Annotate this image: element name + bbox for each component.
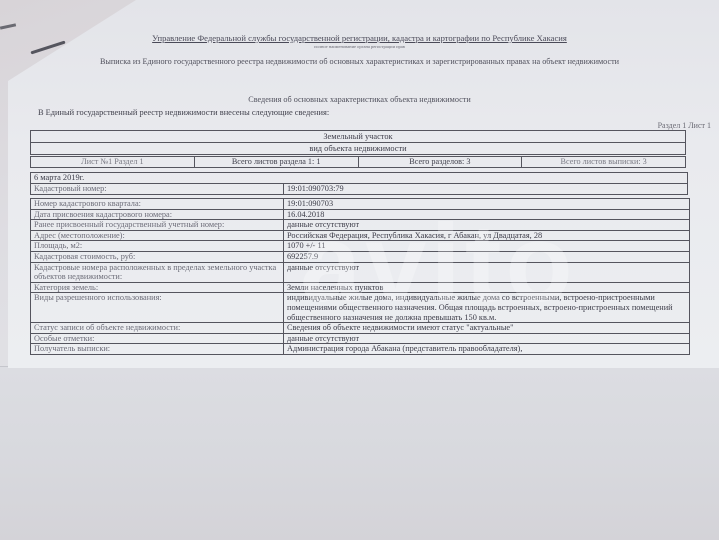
table-row: Виды разрешенного использования:индивиду… bbox=[31, 293, 690, 323]
section-reference: Раздел 1 Лист 1 bbox=[658, 121, 711, 130]
table-row: Дата присвоения кадастрового номера:16.0… bbox=[31, 209, 690, 220]
row-label: Дата присвоения кадастрового номера: bbox=[31, 209, 284, 220]
row-value: Администрация города Абакана (представит… bbox=[284, 344, 690, 355]
table-row: Ранее присвоенный государственный учетны… bbox=[31, 220, 690, 231]
row-value: 16.04.2018 bbox=[284, 209, 690, 220]
object-type-box: Земельный участок вид объекта недвижимос… bbox=[30, 130, 686, 155]
total-sheets-count: Всего листов выписки: 3 bbox=[521, 157, 685, 167]
table-row: Номер кадастрового квартала:19:01:090703 bbox=[31, 199, 690, 210]
row-label: Категория земель: bbox=[31, 282, 284, 293]
sheet-info-row: Лист №1 Раздел 1 Всего листов раздела 1:… bbox=[30, 156, 686, 168]
row-label: Получатель выписки: bbox=[31, 344, 284, 355]
sheet-number: Лист №1 Раздел 1 bbox=[31, 157, 194, 167]
table-row: Площадь, м2:1070 +/- 11 bbox=[31, 241, 690, 252]
table-row: Статус записи об объекте недвижимости:Св… bbox=[31, 323, 690, 334]
table-row: Получатель выписки:Администрация города … bbox=[31, 344, 690, 355]
table-row: Кадастровые номера расположенных в преде… bbox=[31, 262, 690, 282]
row-value: данные отсутствуют bbox=[284, 333, 690, 344]
row-label: Ранее присвоенный государственный учетны… bbox=[31, 220, 284, 231]
table-row: Кадастровый номер: 19:01:090703:79 bbox=[31, 184, 688, 195]
cadastral-number-label: Кадастровый номер: bbox=[31, 184, 284, 195]
row-value: индивидуальные жилые дома, индивидуальны… bbox=[284, 293, 690, 323]
sections-count: Всего разделов: 3 bbox=[358, 157, 522, 167]
characteristics-table: Номер кадастрового квартала:19:01:090703… bbox=[30, 198, 690, 355]
section-title: Сведения об основных характеристиках объ… bbox=[0, 95, 719, 104]
row-value: 19:01:090703 bbox=[284, 199, 690, 210]
row-label: Кадастровые номера расположенных в преде… bbox=[31, 262, 284, 282]
cadastral-number-table: Кадастровый номер: 19:01:090703:79 bbox=[30, 183, 688, 195]
row-label: Виды разрешенного использования: bbox=[31, 293, 284, 323]
extract-date: 6 марта 2019г. bbox=[30, 172, 688, 183]
row-value: 1070 +/- 11 bbox=[284, 241, 690, 252]
row-value: 692257.9 bbox=[284, 251, 690, 262]
table-row: Особые отметки:данные отсутствуют bbox=[31, 333, 690, 344]
row-label: Площадь, м2: bbox=[31, 241, 284, 252]
organization-caption: полное наименование органа регистрации п… bbox=[0, 44, 719, 49]
row-label: Номер кадастрового квартала: bbox=[31, 199, 284, 210]
object-type: Земельный участок bbox=[31, 131, 685, 142]
cadastral-number-value: 19:01:090703:79 bbox=[284, 184, 688, 195]
object-type-caption: вид объекта недвижимости bbox=[31, 142, 685, 154]
document-title: Выписка из Единого государственного реес… bbox=[0, 57, 719, 66]
row-label: Кадастровая стоимость, руб: bbox=[31, 251, 284, 262]
row-label: Особые отметки: bbox=[31, 333, 284, 344]
row-value: Российская Федерация, Республика Хакасия… bbox=[284, 230, 690, 241]
table-row: Адрес (местоположение):Российская Федера… bbox=[31, 230, 690, 241]
row-value: данные отсутствуют bbox=[284, 262, 690, 282]
table-row: Категория земель:Земли населенных пункто… bbox=[31, 282, 690, 293]
row-value: Земли населенных пунктов bbox=[284, 282, 690, 293]
lower-page-sheet bbox=[0, 366, 719, 540]
organization-name: Управление Федеральной службы государств… bbox=[0, 33, 719, 43]
row-value: Сведения об объекте недвижимости имеют с… bbox=[284, 323, 690, 334]
section-intro: В Единый государственный реестр недвижим… bbox=[38, 108, 329, 117]
table-row: Кадастровая стоимость, руб:692257.9 bbox=[31, 251, 690, 262]
section-sheets-count: Всего листов раздела 1: 1 bbox=[194, 157, 358, 167]
row-label: Адрес (местоположение): bbox=[31, 230, 284, 241]
row-value: данные отсутствуют bbox=[284, 220, 690, 231]
row-label: Статус записи об объекте недвижимости: bbox=[31, 323, 284, 334]
